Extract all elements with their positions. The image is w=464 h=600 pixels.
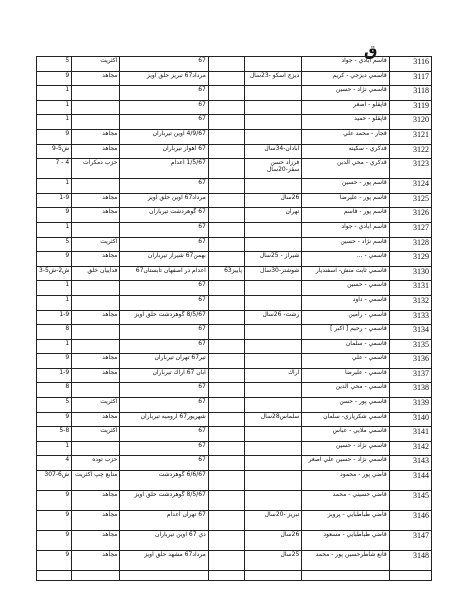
cell-name: قاسم پور - قاسم: [302, 208, 389, 223]
table-row: 167قاسمي - داود3132: [37, 295, 432, 310]
cell-fate: 67: [120, 427, 208, 442]
cell-fate: 1/5/67 اعدام: [120, 159, 208, 179]
cell-fate: 67 اهواز تيرباران: [120, 144, 208, 159]
cell-group: مجاهد: [72, 193, 120, 208]
cell-code: 9: [37, 71, 72, 86]
cell-group: اكثريت: [72, 398, 120, 413]
cell-num: 3119: [389, 100, 431, 115]
cell-extra: [208, 310, 244, 325]
cell-place: تهران: [245, 208, 302, 223]
table-row: 9مجاهدشهريور67 اروميه تيربارانسلماس28سال…: [37, 412, 432, 427]
cell-code: 1: [37, 179, 72, 194]
cell-extra: [208, 427, 244, 442]
cell-group: مجاهد: [72, 129, 120, 144]
cell-name: قاضي طباطبايي - پرويز: [302, 511, 389, 531]
cell-fate: مرداد67 تبريز حلق اويز: [120, 71, 208, 86]
cell-empty: [72, 571, 120, 581]
cell-place: [245, 115, 302, 130]
cell-num: 3130: [389, 266, 431, 281]
cell-name: قاسمي دیزجي - كريم: [302, 71, 389, 86]
cell-code: 9: [37, 551, 72, 571]
cell-group: [72, 115, 120, 130]
cell-code: 1-9: [37, 310, 72, 325]
cell-place: [245, 325, 302, 340]
cell-group: [72, 100, 120, 115]
table-row: 9مجاهد4/9/67 اوين تيربارانقجار - محمد عل…: [37, 129, 432, 144]
cell-code: 1: [37, 222, 72, 237]
cell-empty: [37, 571, 72, 581]
cell-fate: مرداد67 مشهد حلق اويز: [120, 551, 208, 571]
cell-extra: [208, 551, 244, 571]
cell-num: 3120: [389, 115, 431, 130]
table-row: 5اكثريت67قاسمي پور - حسن3139: [37, 398, 432, 413]
cell-code: 1: [37, 115, 72, 130]
cell-extra: [208, 368, 244, 383]
table-row: 9مجاهددي 67 اوين تيرباران26سالقاضي طباطب…: [37, 531, 432, 551]
cell-code: 1: [37, 441, 72, 456]
cell-place: 26سال: [245, 193, 302, 208]
cell-code: 9: [37, 491, 72, 511]
cell-name: قاسمي - علي: [302, 354, 389, 369]
table-row: 167قاسمي نژاد - حسين3142: [37, 441, 432, 456]
cell-fate: 67: [120, 456, 208, 471]
cell-empty: [120, 571, 208, 581]
cell-fate: 67 گوهردشت تيرباران: [120, 208, 208, 223]
cell-fate: شهريور67 اروميه تيرباران: [120, 412, 208, 427]
cell-extra: [208, 193, 244, 208]
cell-place: [245, 222, 302, 237]
cell-code: 9: [37, 531, 72, 551]
cell-name: قاسم ابادي - جواد: [302, 222, 389, 237]
table-row: 4حزب توده67قاسمي نژاد - حسين علي اصغر314…: [37, 456, 432, 471]
table-row: 867قاسمي - محي الدين3138: [37, 383, 432, 398]
cell-name: قاپقلو - حميد: [302, 115, 389, 130]
cell-num: 3132: [389, 295, 431, 310]
cell-fate: تير67 تهران تيرباران: [120, 354, 208, 369]
table-row: 1-9مجاهدآبان 67 اراك تيرباراناراكقاسمي -…: [37, 368, 432, 383]
cell-fate: 67: [120, 398, 208, 413]
cell-place: [245, 281, 302, 296]
cell-place: 26سال: [245, 531, 302, 551]
cell-name: قاسمي پور - حسن: [302, 398, 389, 413]
cell-fate: دي 67 اوين تيرباران: [120, 531, 208, 551]
cell-place: اراك: [245, 368, 302, 383]
cell-place: [245, 398, 302, 413]
cell-place: [245, 383, 302, 398]
table-row: 7 - 4حزب دمكرات1/5/67 اعدامفرزاد حسن سقز…: [37, 159, 432, 179]
table-row: 9مجاهد67 تهران اعدامتبريز -20سالقاضي طبا…: [37, 511, 432, 531]
cell-place: ابادان-34سال: [245, 144, 302, 159]
cell-num: 3143: [389, 456, 431, 471]
table-row: 5اكثريت67قاسم ابادي - جواد3116: [37, 57, 432, 72]
cell-extra: [208, 252, 244, 267]
table-row: 9مجاهدبهمن67 شيراز تيربارانشيراز - 25سال…: [37, 252, 432, 267]
cell-place: [245, 441, 302, 456]
cell-group: مجاهد: [72, 310, 120, 325]
cell-name: قجار - محمد علي: [302, 129, 389, 144]
cell-num: 3117: [389, 71, 431, 86]
table-row: 167قاسم پور - حسين3124: [37, 179, 432, 194]
cell-fate: 6/6/67 گوهردشت: [120, 471, 208, 491]
table-row: 167قاسمي نژاد - حسين3118: [37, 86, 432, 101]
cell-fate: 8/5/67 گوهردشت حلق اويز: [120, 491, 208, 511]
table-row: 5اكثريت67قاسم نژاد - حسين3128: [37, 237, 432, 252]
table-row: 167قاپقلو - اصغر3119: [37, 100, 432, 115]
cell-code: 3-ش2-ش5: [37, 266, 72, 281]
cell-place: ديزج اسكو -23سال: [245, 71, 302, 86]
table-row: 9مجاهد67 گوهردشت تيربارانتهرانقاسم پور -…: [37, 208, 432, 223]
cell-group: [72, 179, 120, 194]
cell-code: 1: [37, 281, 72, 296]
cell-code: 9: [37, 412, 72, 427]
cell-place: [245, 427, 302, 442]
cell-num: 3139: [389, 398, 431, 413]
cell-extra: [208, 354, 244, 369]
cell-code: 5: [37, 237, 72, 252]
table-row-empty: [37, 571, 432, 581]
table-row: 9-ش5مجاهد67 اهواز تيربارانابادان-34سالقد…: [37, 144, 432, 159]
cell-extra: [208, 456, 244, 471]
cell-fate: 67: [120, 281, 208, 296]
cell-num: 3131: [389, 281, 431, 296]
cell-name: قاسمي شكرپاري- سلمان: [302, 412, 389, 427]
cell-name: قاسمي - رامين: [302, 310, 389, 325]
cell-place: سلماس28سال: [245, 412, 302, 427]
cell-code: 9: [37, 354, 72, 369]
cell-name: قاسمي ثابت منش- اسفنديار: [302, 266, 389, 281]
cell-extra: [208, 325, 244, 340]
cell-num: 3118: [389, 86, 431, 101]
cell-extra: پاييز63: [208, 266, 244, 281]
cell-name: قاسمي - ...: [302, 252, 389, 267]
cell-fate: 67 تهران اعدام: [120, 511, 208, 531]
cell-extra: [208, 491, 244, 511]
cell-group: مجاهد: [72, 511, 120, 531]
cell-num: 3116: [389, 57, 431, 72]
cell-num: 3129: [389, 252, 431, 267]
cell-group: [72, 281, 120, 296]
cell-code: 9-ش5: [37, 144, 72, 159]
cell-fate: مرداد67 اوين حلق اويز: [120, 193, 208, 208]
cell-name: قاسمي نژاد - حسين: [302, 441, 389, 456]
cell-extra: [208, 237, 244, 252]
cell-num: 3133: [389, 310, 431, 325]
cell-name: قاسمي - محي الدين: [302, 383, 389, 398]
cell-group: [72, 441, 120, 456]
cell-name: قدكري - سكينه: [302, 144, 389, 159]
cell-name: قاسمي ملايي - عباس: [302, 427, 389, 442]
cell-fate: بهمن67 شيراز تيرباران: [120, 252, 208, 267]
cell-place: تبريز -20سال: [245, 511, 302, 531]
cell-extra: [208, 86, 244, 101]
cell-extra: [208, 398, 244, 413]
cell-group: مجاهد: [72, 551, 120, 571]
cell-group: حزب دمكرات: [72, 159, 120, 179]
cell-place: [245, 456, 302, 471]
cell-name: قاسمي - حسين: [302, 281, 389, 296]
cell-group: منابع چپ اكثريت: [72, 471, 120, 491]
table-row: 5-8اكثريت67قاسمي ملايي - عباس3141: [37, 427, 432, 442]
cell-group: مجاهد: [72, 354, 120, 369]
cell-empty: [302, 571, 389, 581]
cell-code: 4: [37, 456, 72, 471]
cell-name: قاسمي - سلمان: [302, 339, 389, 354]
cell-group: مجاهد: [72, 412, 120, 427]
cell-code: 5-8: [37, 427, 72, 442]
cell-group: [72, 86, 120, 101]
table-row: 307-ش6منابع چپ اكثريت6/6/67 گوهردشتقاضي …: [37, 471, 432, 491]
cell-name: قاپقلو - اصغر: [302, 100, 389, 115]
table-row: 167قاسمي - حسين3131: [37, 281, 432, 296]
cell-group: مجاهد: [72, 144, 120, 159]
cell-code: 1: [37, 339, 72, 354]
cell-group: مجاهد: [72, 491, 120, 511]
cell-code: 9: [37, 252, 72, 267]
cell-place: [245, 471, 302, 491]
cell-code: 9: [37, 129, 72, 144]
cell-place: شيراز - 25سال: [245, 252, 302, 267]
cell-num: 3146: [389, 511, 431, 531]
table-row: 9مجاهدتير67 تهران تيربارانقاسمي - علي313…: [37, 354, 432, 369]
cell-group: اكثريت: [72, 237, 120, 252]
table-row: 3-ش2-ش5فداييان خلقاعدام در اصفهان تابستا…: [37, 266, 432, 281]
cell-group: فداييان خلق: [72, 266, 120, 281]
cell-name: قانع شاطرحسين پور - محمد: [302, 551, 389, 571]
cell-extra: [208, 179, 244, 194]
cell-extra: [208, 222, 244, 237]
cell-name: قاسم پور - عليرضا: [302, 193, 389, 208]
cell-fate: 67: [120, 100, 208, 115]
cell-code: 1-9: [37, 368, 72, 383]
cell-num: 3135: [389, 339, 431, 354]
cell-code: 1: [37, 100, 72, 115]
cell-place: رشت- 26سال: [245, 310, 302, 325]
cell-name: قاضي حسيني - محمد: [302, 491, 389, 511]
cell-place: [245, 491, 302, 511]
table-row: 9مجاهدمرداد67 تبريز حلق اويزديزج اسكو -2…: [37, 71, 432, 86]
cell-fate: 67: [120, 57, 208, 72]
table-row: 1-9مجاهدمرداد67 اوين حلق اويز26سالقاسم پ…: [37, 193, 432, 208]
cell-group: [72, 325, 120, 340]
cell-num: 3122: [389, 144, 431, 159]
cell-name: قدكري - محي الدين: [302, 159, 389, 179]
cell-name: قاسمي - داود: [302, 295, 389, 310]
cell-group: [72, 383, 120, 398]
cell-name: قاسمي نژاد - حسين: [302, 86, 389, 101]
cell-code: 307-ش6: [37, 471, 72, 491]
table-row: 167قاسمي - سلمان3135: [37, 339, 432, 354]
cell-code: 1: [37, 295, 72, 310]
cell-num: 3123: [389, 159, 431, 179]
cell-code: 5: [37, 57, 72, 72]
cell-code: 5: [37, 398, 72, 413]
cell-group: [72, 295, 120, 310]
cell-extra: [208, 281, 244, 296]
cell-place: شوشتر-30سال: [245, 266, 302, 281]
cell-extra: [208, 144, 244, 159]
cell-extra: [208, 208, 244, 223]
cell-empty: [245, 571, 302, 581]
cell-code: 8: [37, 325, 72, 340]
cell-place: [245, 86, 302, 101]
cell-extra: [208, 57, 244, 72]
cell-group: مجاهد: [72, 71, 120, 86]
cell-num: 3128: [389, 237, 431, 252]
cell-group: اكثريت: [72, 427, 120, 442]
cell-fate: 67: [120, 179, 208, 194]
cell-code: 9: [37, 511, 72, 531]
cell-fate: 67: [120, 115, 208, 130]
table-row: 167قاپقلو - حميد3120: [37, 115, 432, 130]
cell-num: 3134: [389, 325, 431, 340]
cell-place: [245, 295, 302, 310]
cell-fate: 67: [120, 325, 208, 340]
cell-num: 3144: [389, 471, 431, 491]
cell-place: [245, 237, 302, 252]
cell-extra: [208, 412, 244, 427]
cell-group: حزب توده: [72, 456, 120, 471]
cell-name: قاسمي - رحيم [ اكبر ]: [302, 325, 389, 340]
cell-extra: [208, 511, 244, 531]
cell-extra: [208, 441, 244, 456]
cell-name: قاسم ابادي - جواد: [302, 57, 389, 72]
cell-name: قاسم پور - حسين: [302, 179, 389, 194]
cell-group: مجاهد: [72, 208, 120, 223]
cell-num: 3127: [389, 222, 431, 237]
cell-empty: [389, 571, 431, 581]
cell-name: قاسمي - عليرضا: [302, 368, 389, 383]
cell-name: قاضي پور - محمود: [302, 471, 389, 491]
cell-place: [245, 129, 302, 144]
cell-group: [72, 222, 120, 237]
table-row: 867قاسمي - رحيم [ اكبر ]3134: [37, 325, 432, 340]
cell-fate: 67: [120, 295, 208, 310]
cell-num: 3124: [389, 179, 431, 194]
cell-place: [245, 100, 302, 115]
cell-code: 1-9: [37, 193, 72, 208]
cell-num: 3121: [389, 129, 431, 144]
table-row: 9مجاهد8/5/67 گوهردشت حلق اويزقاضي حسيني …: [37, 491, 432, 511]
cell-fate: اعدام در اصفهان تابستان67: [120, 266, 208, 281]
cell-group: مجاهد: [72, 368, 120, 383]
cell-extra: [208, 295, 244, 310]
cell-code: 1: [37, 86, 72, 101]
table-row: 9مجاهدمرداد67 مشهد حلق اويز25سالقانع شاط…: [37, 551, 432, 571]
cell-place: [245, 354, 302, 369]
cell-extra: [208, 100, 244, 115]
cell-fate: 67: [120, 86, 208, 101]
cell-num: 3125: [389, 193, 431, 208]
cell-num: 3145: [389, 491, 431, 511]
cell-extra: [208, 383, 244, 398]
cell-num: 3142: [389, 441, 431, 456]
cell-extra: [208, 71, 244, 86]
cell-name: قاسمي نژاد - حسين علي اصغر: [302, 456, 389, 471]
cell-group: مجاهد: [72, 252, 120, 267]
records-table-body: 5اكثريت67قاسم ابادي - جواد31169مجاهدمردا…: [37, 57, 432, 581]
table-row: 1-9مجاهد8/5/67 گوهردشت حلق اويزرشت- 26سا…: [37, 310, 432, 325]
cell-code: 7 - 4: [37, 159, 72, 179]
cell-name: قاضي طباطبايي - مسعود: [302, 531, 389, 551]
cell-extra: [208, 159, 244, 179]
cell-extra: [208, 115, 244, 130]
cell-group: مجاهد: [72, 531, 120, 551]
table-row: 167قاسم ابادي - جواد3127: [37, 222, 432, 237]
cell-fate: 67: [120, 383, 208, 398]
cell-empty: [208, 571, 244, 581]
cell-fate: 4/9/67 اوين تيرباران: [120, 129, 208, 144]
cell-fate: آبان 67 اراك تيرباران: [120, 368, 208, 383]
cell-code: 8: [37, 383, 72, 398]
cell-extra: [208, 339, 244, 354]
cell-fate: 67: [120, 441, 208, 456]
cell-fate: 8/5/67 گوهردشت حلق اويز: [120, 310, 208, 325]
cell-num: 3137: [389, 368, 431, 383]
cell-fate: 67: [120, 339, 208, 354]
cell-fate: 67: [120, 237, 208, 252]
records-table: 5اكثريت67قاسم ابادي - جواد31169مجاهدمردا…: [36, 56, 432, 581]
cell-num: 3138: [389, 383, 431, 398]
cell-place: 25سال: [245, 551, 302, 571]
cell-num: 3126: [389, 208, 431, 223]
cell-num: 3140: [389, 412, 431, 427]
cell-code: 9: [37, 208, 72, 223]
cell-num: 3141: [389, 427, 431, 442]
cell-place: فرزاد حسن سقز-20سال: [245, 159, 302, 179]
cell-num: 3148: [389, 551, 431, 571]
cell-extra: [208, 471, 244, 491]
cell-place: [245, 57, 302, 72]
cell-num: 3147: [389, 531, 431, 551]
cell-place: [245, 179, 302, 194]
cell-extra: [208, 129, 244, 144]
cell-fate: 67: [120, 222, 208, 237]
cell-place: [245, 339, 302, 354]
cell-extra: [208, 531, 244, 551]
cell-name: قاسم نژاد - حسين: [302, 237, 389, 252]
cell-group: اكثريت: [72, 57, 120, 72]
cell-num: 3136: [389, 354, 431, 369]
cell-group: [72, 339, 120, 354]
